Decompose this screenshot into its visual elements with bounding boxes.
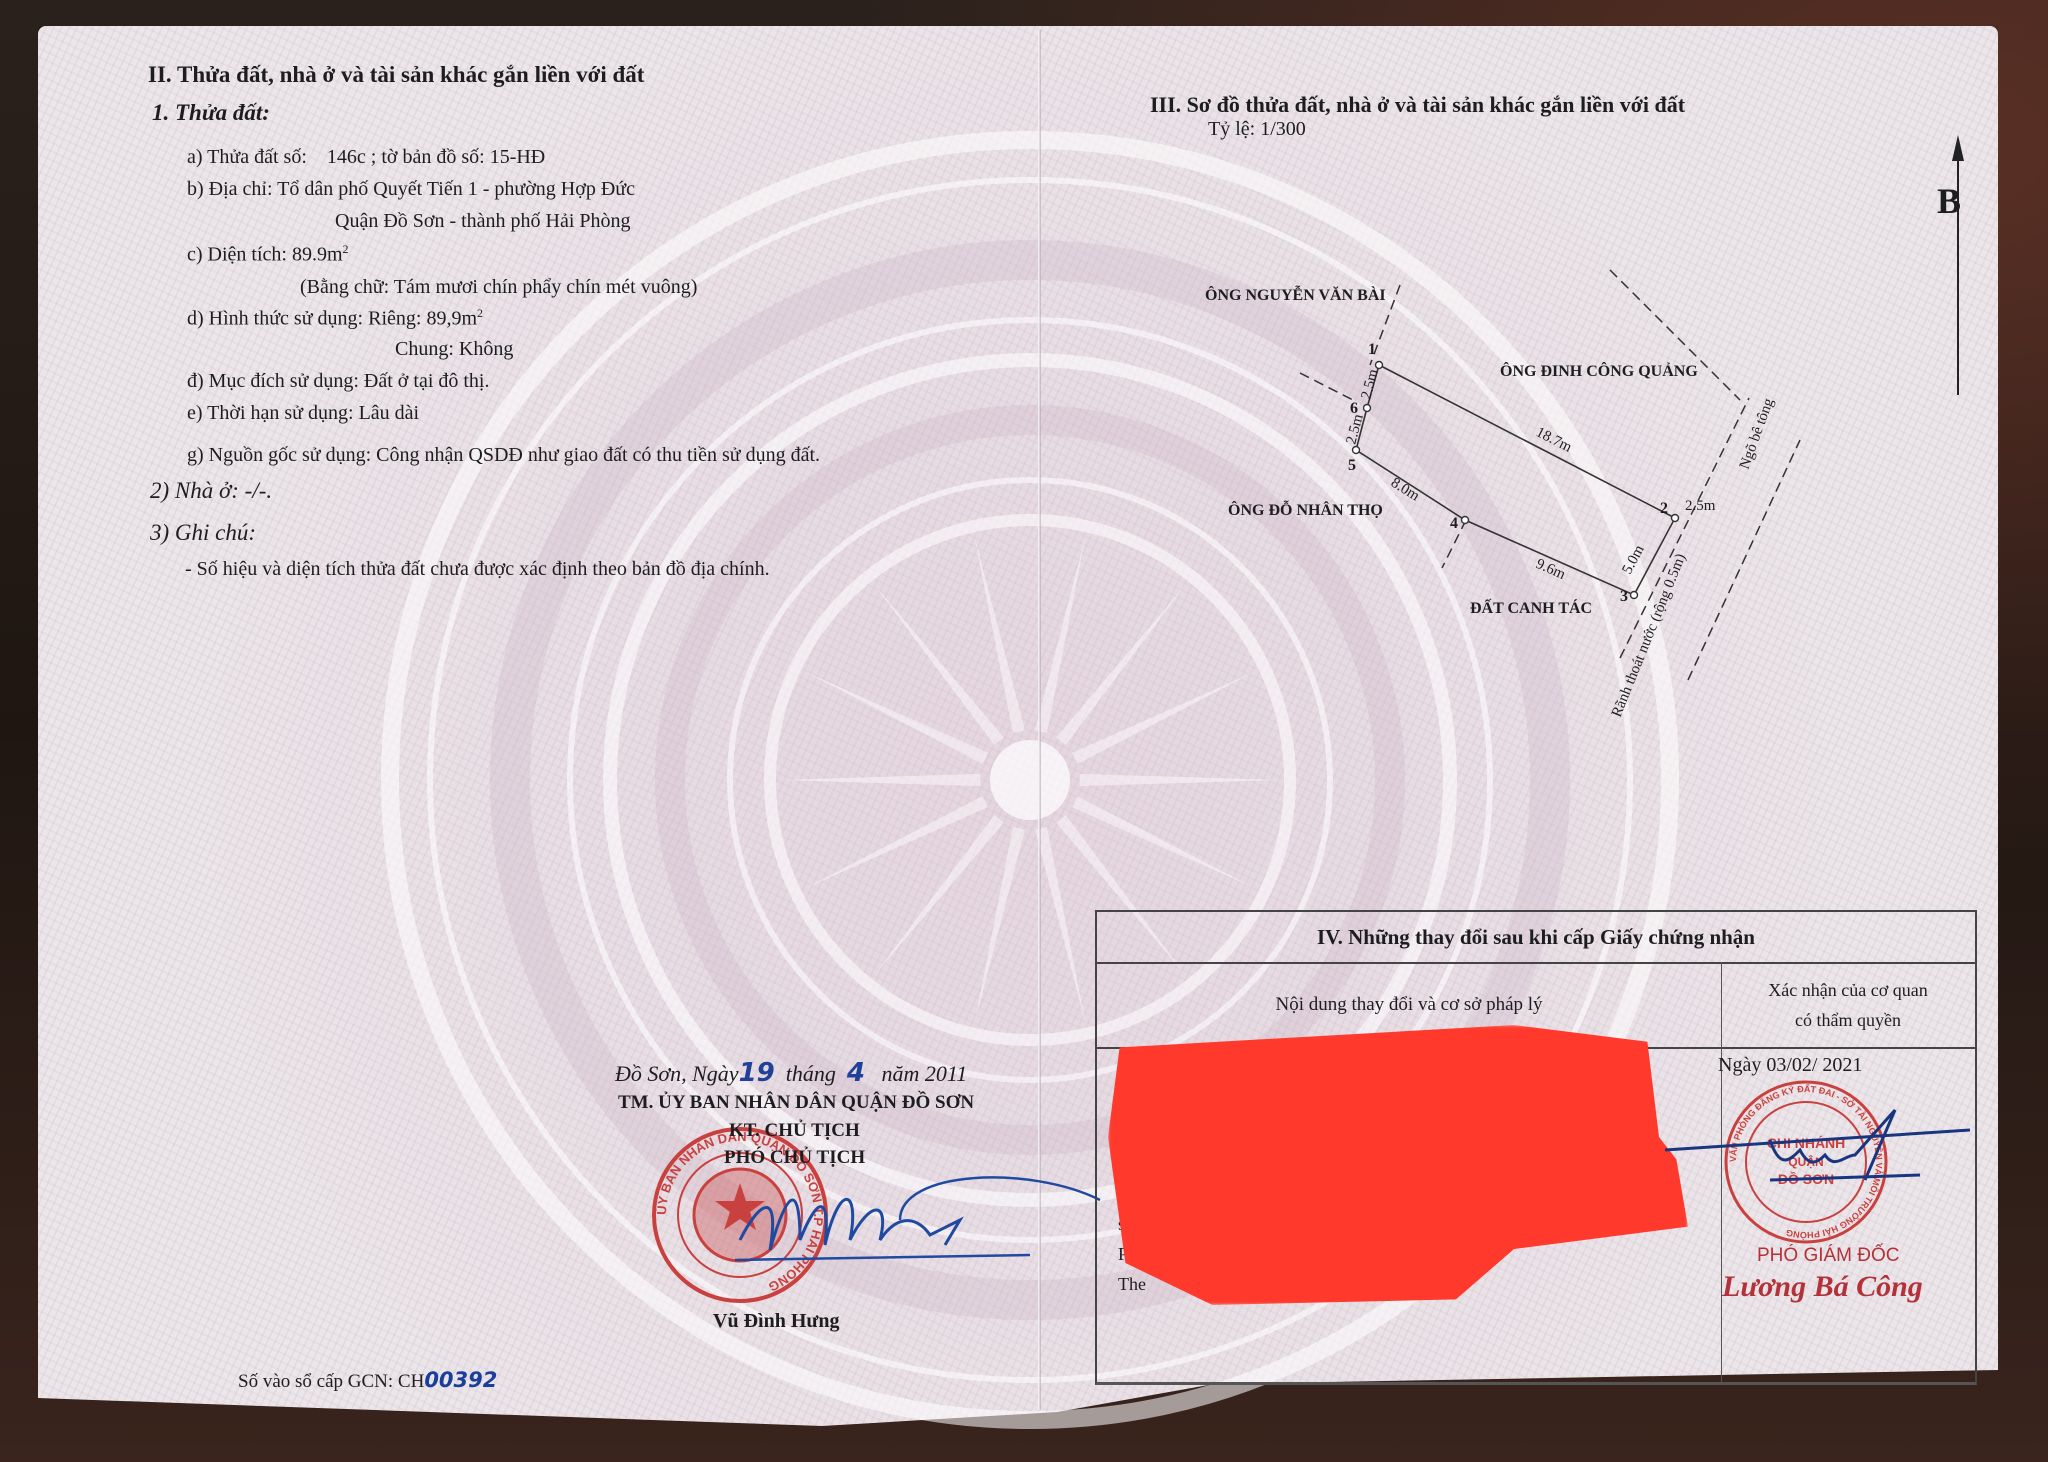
area-value: 89.9m bbox=[292, 244, 343, 266]
svg-text:2.5m: 2.5m bbox=[1685, 498, 1716, 514]
parcel-label: a) Thửa đất số: bbox=[187, 146, 307, 168]
gcn-number: 00392 bbox=[424, 1368, 497, 1392]
parcel-number-row: a) Thửa đất số: 146c ; tờ bản đồ số: 15-… bbox=[187, 146, 545, 169]
verifier-name: Lương Bá Công bbox=[1722, 1270, 1923, 1304]
signature-left bbox=[730, 1160, 1110, 1280]
svg-text:Ngõ bê tông: Ngõ bê tông bbox=[1737, 396, 1778, 472]
area-label: c) Diện tích: bbox=[187, 244, 287, 266]
svg-text:ĐẤT CANH TÁC: ĐẤT CANH TÁC bbox=[1470, 598, 1592, 617]
svg-text:ÔNG NGUYỄN VĂN BÀI: ÔNG NGUYỄN VĂN BÀI bbox=[1205, 285, 1386, 304]
col-header-verification-line2: có thẩm quyền bbox=[1795, 1005, 1901, 1035]
gcn-registry: Số vào sổ cấp GCN: CH00392 bbox=[238, 1368, 497, 1393]
svg-text:5.0m: 5.0m bbox=[1619, 542, 1648, 577]
scale-text: Tỷ lệ: 1/300 bbox=[1208, 118, 1306, 141]
svg-text:5: 5 bbox=[1348, 457, 1356, 474]
svg-text:ÔNG ĐỖ NHÂN THỌ: ÔNG ĐỖ NHÂN THỌ bbox=[1228, 499, 1383, 519]
sign-title-1: KT. CHỦ TỊCH bbox=[729, 1120, 860, 1142]
section-ii-title: II. Thửa đất, nhà ở và tài sản khác gắn … bbox=[148, 62, 644, 88]
verifier-title: PHÓ GIÁM ĐỐC bbox=[1757, 1245, 1900, 1267]
col-header-verification-line1: Xác nhận của cơ quan bbox=[1768, 975, 1927, 1005]
changes-table-title: IV. Những thay đổi sau khi cấp Giấy chứn… bbox=[1097, 912, 1975, 964]
sign-day: 19 bbox=[739, 1058, 775, 1088]
svg-text:3: 3 bbox=[1620, 588, 1628, 605]
usage-origin: g) Nguồn gốc sử dụng: Công nhận QSDĐ như… bbox=[187, 444, 820, 467]
svg-text:1: 1 bbox=[1368, 341, 1376, 358]
signature-right bbox=[1660, 1100, 1980, 1220]
svg-text:2: 2 bbox=[1660, 500, 1668, 517]
svg-text:ÔNG ĐINH CÔNG QUẢNG: ÔNG ĐINH CÔNG QUẢNG bbox=[1500, 361, 1698, 380]
map-sheet-label: ; tờ bản đồ số: bbox=[371, 146, 485, 168]
sign-organization: TM. ỦY BAN NHÂN DÂN QUẬN ĐỒ SƠN bbox=[618, 1092, 974, 1114]
map-sheet-number: 15-HĐ bbox=[490, 146, 546, 168]
area-row: c) Diện tích: 89.9m2 bbox=[187, 242, 349, 267]
svg-text:2.5m: 2.5m bbox=[1358, 367, 1381, 401]
usage-form-row: d) Hình thức sử dụng: Riêng: 89,9m2 bbox=[187, 306, 483, 331]
svg-text:2.5m: 2.5m bbox=[1343, 412, 1366, 446]
gcn-label: Số vào sổ cấp GCN: CH bbox=[238, 1371, 424, 1392]
svg-text:8.0m: 8.0m bbox=[1388, 475, 1423, 505]
signer-name: Vũ Đình Hưng bbox=[713, 1310, 840, 1333]
parcel-diagram: ÔNG NGUYỄN VĂN BÀI ÔNG ĐINH CÔNG QUẢNG Ô… bbox=[1180, 270, 1780, 750]
svg-text:18.7m: 18.7m bbox=[1533, 424, 1574, 456]
col-header-verification: Xác nhận của cơ quan có thẩm quyền bbox=[1721, 962, 1975, 1047]
usage-term: e) Thời hạn sử dụng: Lâu dài bbox=[187, 402, 419, 425]
sign-month: 4 bbox=[847, 1058, 865, 1088]
house-line: 2) Nhà ở: -/-. bbox=[150, 478, 272, 504]
note-text: - Số hiệu và diện tích thửa đất chưa đượ… bbox=[185, 558, 770, 581]
parcel-number: 146c bbox=[327, 146, 366, 168]
usage-shared: Chung: Không bbox=[395, 338, 513, 361]
notes-title: 3) Ghi chú: bbox=[150, 520, 256, 546]
sign-date-line: Đồ Sơn, Ngày19 tháng 4 năm 2011 bbox=[615, 1058, 967, 1088]
usage-purpose: đ) Mục đích sử dụng: Đất ở tại đô thị. bbox=[187, 370, 490, 393]
usage-private: Riêng: 89,9m bbox=[368, 308, 477, 330]
address-line2: Quận Đồ Sơn - thành phố Hải Phòng bbox=[335, 210, 631, 233]
north-arrow-icon bbox=[1948, 135, 1968, 395]
area-in-words: (Bằng chữ: Tám mươi chín phẩy chín mét v… bbox=[300, 276, 697, 299]
sign-place: Đồ Sơn, Ngày bbox=[615, 1061, 739, 1086]
sign-month-label: tháng bbox=[786, 1061, 836, 1086]
section-iii-title: III. Sơ đồ thửa đất, nhà ở và tài sản kh… bbox=[1150, 92, 1685, 118]
svg-text:9.6m: 9.6m bbox=[1533, 556, 1568, 583]
address-row: b) Địa chỉ: Tổ dân phố Quyết Tiến 1 - ph… bbox=[187, 178, 635, 201]
north-letter: B bbox=[1937, 180, 1961, 222]
address-label: b) Địa chỉ: bbox=[187, 178, 273, 200]
svg-text:Rãnh thoát nước (rộng 0.5m): Rãnh thoát nước (rộng 0.5m) bbox=[1609, 551, 1689, 719]
svg-text:4: 4 bbox=[1450, 515, 1458, 532]
address-line1: Tổ dân phố Quyết Tiến 1 - phường Hợp Đức bbox=[277, 178, 635, 200]
verification-date: Ngày 03/02/ 2021 bbox=[1718, 1054, 1862, 1077]
change-fragment: The bbox=[1118, 1274, 1146, 1295]
sign-year: năm 2011 bbox=[881, 1061, 967, 1086]
usage-form-label: d) Hình thức sử dụng: bbox=[187, 308, 363, 330]
subsection-parcel-title: 1. Thửa đất: bbox=[152, 100, 270, 126]
